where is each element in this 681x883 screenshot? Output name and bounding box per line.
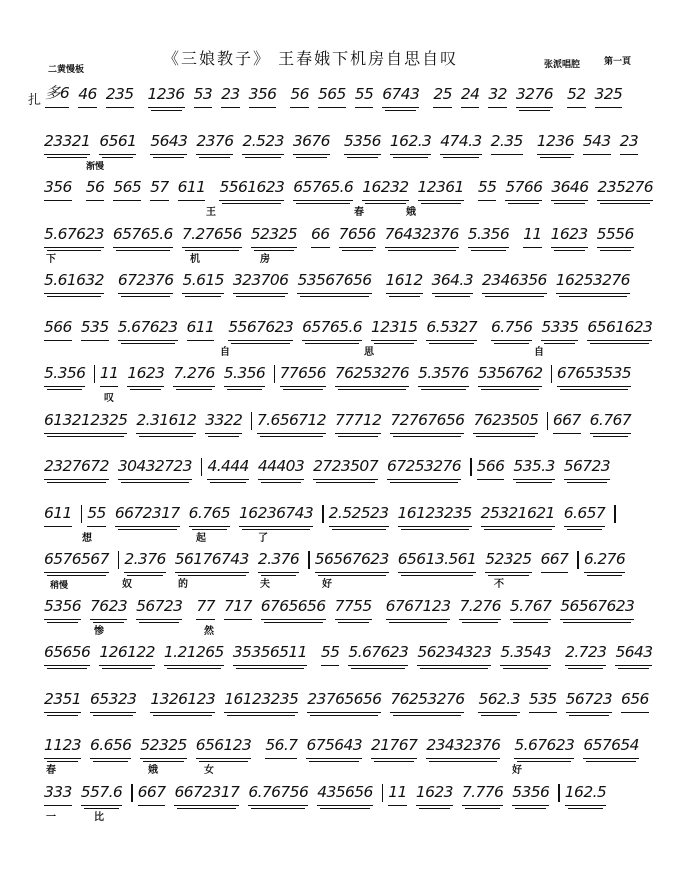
note-group: 5556 (597, 225, 634, 248)
note-group: 2.35 (491, 132, 523, 155)
bar-line (251, 412, 252, 430)
note-group: 2376 (196, 132, 233, 155)
lyrics-line: 叹 (44, 389, 640, 405)
notation-line: 65765672.376561767432.3765656762365613.5… (44, 545, 640, 573)
note-group: 562.3 (478, 690, 519, 713)
note-group: 52 (567, 85, 586, 108)
note-group: 24 (461, 85, 480, 108)
note-group: 6672317 (115, 504, 180, 527)
note-group: 6561 (99, 132, 136, 155)
note-group: 25321621 (481, 504, 555, 527)
note-group: 56723 (564, 457, 610, 480)
note-group: 535 (529, 690, 557, 713)
note-group: 474.3 (440, 132, 481, 155)
lyric-char: 夫 (260, 575, 270, 590)
notation-row: 5.6762365765.67.276565232566765676432376… (44, 220, 640, 266)
note-group: 1326123 (150, 690, 215, 713)
note-group: 6.76756 (248, 783, 308, 806)
bar-line (131, 784, 133, 802)
note-group: 672376 (118, 271, 174, 294)
notation-line: 5.3561116237.2765.35677656762532765.3576… (44, 359, 640, 387)
note-group: 667 (138, 783, 166, 806)
lyric-char: 自 (534, 343, 544, 358)
note-group: 162.3 (390, 132, 431, 155)
note-group: 5.61632 (44, 271, 104, 294)
note-group: 16253276 (556, 271, 630, 294)
notation-line: 2351653231326123161232352376565676253276… (44, 685, 640, 713)
note-group: 21767 (371, 736, 417, 759)
note-group: 5.356 (44, 364, 85, 387)
note-group: 7.276 (459, 597, 500, 620)
notation-row: 扎多64623512365323356565655567432524323276… (44, 80, 640, 126)
note-group: 7.776 (462, 783, 503, 806)
note-group: 56723 (566, 690, 612, 713)
note-group: 55 (478, 178, 497, 201)
bar-line (308, 551, 310, 569)
note-group: 16123235 (224, 690, 298, 713)
lyric-char: 思 (364, 343, 374, 358)
note-group: 7.276 (173, 364, 214, 387)
note-group: 5.67623 (118, 318, 178, 341)
note-group: 656 (621, 690, 649, 713)
note-group: 1623 (551, 225, 588, 248)
note-group: 5356 (344, 132, 381, 155)
note-group: 6.656 (90, 736, 131, 759)
note-group: 57 (150, 178, 169, 201)
notation-row: 333557.666766723176.767564356561116237.7… (44, 778, 640, 824)
note-group: 7755 (335, 597, 372, 620)
note-group: 2351 (44, 690, 81, 713)
note-group: 1623 (416, 783, 453, 806)
lyrics-line: 想起了 (44, 529, 640, 545)
note-group: 5.67623 (348, 643, 408, 666)
note-group: 613212325 (44, 411, 127, 434)
note-group: 5643 (150, 132, 187, 155)
note-group: 657654 (583, 736, 639, 759)
note-group: 67653535 (557, 364, 631, 387)
note-group: 6.657 (564, 504, 605, 527)
note-group: 53 (194, 85, 213, 108)
bar-line (81, 505, 83, 523)
note-group: 65613.561 (398, 550, 476, 573)
note-group: 11 (523, 225, 542, 248)
notation-line: 6115566723176.765162367432.5252316123235… (44, 499, 640, 527)
note-group: 44403 (258, 457, 304, 480)
lyrics-line: 自思自 (44, 343, 640, 359)
bar-line (322, 505, 324, 523)
tempo-annotation: 渐慢 (86, 159, 104, 172)
note-group: 6.5327 (426, 318, 477, 341)
bar-line (547, 412, 548, 430)
note-group: 717 (224, 597, 252, 620)
note-group: 1623 (127, 364, 164, 387)
note-group: 77712 (335, 411, 381, 434)
tempo-annotation: 稍慢 (50, 578, 68, 591)
note-group: 35356511 (233, 643, 307, 666)
notation-line: 5.616326723765.615323706535676561612364.… (44, 266, 640, 294)
note-group: 16232 (362, 178, 408, 201)
note-group: 6561623 (587, 318, 652, 341)
lyric-char: 好 (512, 761, 522, 776)
note-group: 5.3576 (418, 364, 469, 387)
notation-line: 656561261221.2126535356511555.6762356234… (44, 638, 640, 666)
notation-row: 3565656557611556162365765.61623212361555… (44, 173, 640, 219)
note-group: 65765.6 (302, 318, 362, 341)
note-group: 46 (78, 85, 97, 108)
note-group: 76253276 (390, 690, 464, 713)
note-group: 52325 (140, 736, 186, 759)
note-group: 565 (318, 85, 346, 108)
note-group: 566 (477, 457, 505, 480)
notation-row: 2327672304327234.44444403272350767253276… (44, 452, 640, 498)
lyric-char: 了 (258, 529, 268, 544)
note-group: 1123 (44, 736, 81, 759)
notation-line: 11236.6565232565612356.76756432176723432… (44, 731, 640, 759)
note-group: 16123235 (398, 504, 472, 527)
note-group: 56567623 (315, 550, 389, 573)
note-group: 52325 (485, 550, 531, 573)
note-group: 12315 (371, 318, 417, 341)
notation-row: 233216561564323762.52336765356162.3474.3… (44, 127, 640, 173)
note-group: 多6 (45, 81, 69, 108)
note-group: 5356762 (478, 364, 543, 387)
note-group: 5643 (615, 643, 652, 666)
note-group: 5.615 (182, 271, 223, 294)
note-group: 6.276 (584, 550, 625, 573)
note-group: 16236743 (239, 504, 313, 527)
note-group: 6672317 (174, 783, 239, 806)
lyrics-line: 春娥女好 (44, 761, 640, 777)
note-group: 1236 (537, 132, 574, 155)
lyric-char: 机 (190, 250, 200, 265)
lyric-char: 下 (46, 250, 56, 265)
note-group: 1236 (148, 85, 185, 108)
note-group: 55 (355, 85, 374, 108)
lyric-char: 想 (82, 529, 92, 544)
note-group: 6.767 (590, 411, 631, 434)
lyrics-line (44, 157, 640, 173)
note-group: 323706 (233, 271, 289, 294)
note-group: 5.356 (468, 225, 509, 248)
notation-line: 233216561564323762.52336765356162.3474.3… (44, 127, 640, 155)
note-group: 32 (488, 85, 507, 108)
lyric-char: 娥 (406, 203, 416, 218)
note-group: 23765656 (307, 690, 381, 713)
note-group: 72767656 (390, 411, 464, 434)
note-group: 5.3543 (500, 643, 551, 666)
note-group: 535.3 (513, 457, 554, 480)
score-title: 《三娘教子》 王春娥下机房自思自叹 (163, 46, 458, 69)
notation-row: 5356762356723777176765656775567671237.27… (44, 592, 640, 638)
notation-line: 333557.666766723176.767564356561116237.7… (44, 778, 640, 806)
notation-line: 6132123252.3161233227.656712777127276765… (44, 406, 640, 434)
note-group: 5766 (505, 178, 542, 201)
note-group: 56176743 (175, 550, 249, 573)
note-group: 56 (86, 178, 105, 201)
singer-credit: 张派唱腔 (544, 57, 580, 70)
note-group: 5356 (512, 783, 549, 806)
note-group: 25 (433, 85, 452, 108)
notation-line: 5665355.67623611556762365765.6123156.532… (44, 313, 640, 341)
lyric-char: 不 (494, 575, 504, 590)
notation-row: 656561261221.2126535356511555.6762356234… (44, 638, 640, 684)
note-group: 435656 (317, 783, 373, 806)
notation-row: 6115566723176.765162367432.5252316123235… (44, 499, 640, 545)
lyric-char: 好 (322, 575, 332, 590)
note-group: 30432723 (118, 457, 192, 480)
note-group: 5335 (541, 318, 578, 341)
bar-line (201, 458, 203, 476)
notation-line: 5.6762365765.67.276565232566765676432376… (44, 220, 640, 248)
lyric-char: 春 (354, 203, 364, 218)
note-group: 5.67623 (44, 225, 104, 248)
note-group: 65765.6 (113, 225, 173, 248)
note-group: 5561623 (219, 178, 284, 201)
notation-row: 5.616326723765.615323706535676561612364.… (44, 266, 640, 312)
lyric-char: 起 (196, 529, 206, 544)
note-group: 557.6 (81, 783, 122, 806)
note-group: 56567623 (560, 597, 634, 620)
lyrics-line (44, 482, 640, 498)
lyrics-line (44, 296, 640, 312)
lyric-char: 自 (220, 343, 230, 358)
note-group: 65656 (44, 643, 90, 666)
note-group: 667 (541, 550, 569, 573)
notation-row: 5.3561116237.2765.35677656762532765.3576… (44, 359, 640, 405)
note-group: 56.7 (265, 736, 297, 759)
note-group: 2.723 (565, 643, 606, 666)
note-group: 1612 (386, 271, 423, 294)
note-group: 235 (106, 85, 134, 108)
tempo-marking: 二黄慢板 (48, 62, 84, 75)
note-group: 4.444 (207, 457, 248, 480)
lyrics-line (44, 110, 640, 126)
bar-line (558, 784, 560, 802)
note-group: 5356 (44, 597, 81, 620)
note-group: 5.767 (510, 597, 551, 620)
note-group: 65323 (90, 690, 136, 713)
lyrics-line (44, 715, 640, 731)
lyric-char: 女 (204, 761, 214, 776)
lyric-char: 叹 (104, 389, 114, 404)
note-group: 52325 (251, 225, 297, 248)
note-group: 611 (187, 318, 215, 341)
note-group: 356 (249, 85, 277, 108)
score-header: 二黄慢板 《三娘教子》 王春娥下机房自思自叹 张派唱腔 第一頁 (0, 40, 681, 80)
note-group: 77 (196, 597, 215, 620)
notation-row: 65765672.376561767432.3765656762365613.5… (44, 545, 640, 591)
note-group: 364.3 (432, 271, 473, 294)
note-group: 76432376 (385, 225, 459, 248)
note-group: 7623 (90, 597, 127, 620)
note-group: 5.67623 (514, 736, 574, 759)
note-group: 23321 (44, 132, 90, 155)
note-group: 6576567 (44, 550, 109, 573)
note-group: 65765.6 (293, 178, 353, 201)
note-group: 162.5 (565, 783, 606, 806)
lyrics-line: 王春娥 (44, 203, 640, 219)
lyrics-line: 奴的夫好不 (44, 575, 640, 591)
bar-line (614, 505, 616, 523)
lyric-char: 然 (204, 622, 214, 637)
note-group: 2.376 (124, 550, 165, 573)
note-group: 6767123 (386, 597, 451, 620)
note-group: 2.376 (258, 550, 299, 573)
lyrics-line (44, 668, 640, 684)
note-group: 5567623 (228, 318, 293, 341)
note-group: 6743 (382, 85, 419, 108)
note-group: 667 (553, 411, 581, 434)
note-group: 126122 (99, 643, 155, 666)
notation-line: 扎多64623512365323356565655567432524323276… (28, 80, 624, 108)
note-group: 11 (100, 364, 119, 387)
note-group: 7.656712 (257, 411, 326, 434)
note-group: 56723 (136, 597, 182, 620)
note-group: 6.756 (491, 318, 532, 341)
note-group: 3676 (293, 132, 330, 155)
note-group: 2327672 (44, 457, 109, 480)
note-group: 611 (178, 178, 206, 201)
note-group: 6.765 (189, 504, 230, 527)
lyrics-line: 一比 (44, 808, 640, 824)
note-group: 56234323 (417, 643, 491, 666)
note-group: 1.21265 (164, 643, 224, 666)
note-group: 77656 (280, 364, 326, 387)
notation-prefix: 扎 (28, 89, 41, 108)
lyric-char: 一 (46, 808, 56, 823)
note-group: 543 (583, 132, 611, 155)
notation-row: 5665355.67623611556762365765.6123156.532… (44, 313, 640, 359)
note-group: 566 (44, 318, 72, 341)
bar-line (118, 551, 120, 569)
notation-line: 3565656557611556162365765.61623212361555… (44, 173, 640, 201)
note-group: 3276 (516, 85, 553, 108)
bar-line (577, 551, 579, 569)
note-group: 675643 (306, 736, 362, 759)
note-group: 55 (87, 504, 106, 527)
note-group: 76253276 (335, 364, 409, 387)
note-group: 565 (113, 178, 141, 201)
note-group: 333 (44, 783, 72, 806)
notation-line: 2327672304327234.44444403272350767253276… (44, 452, 640, 480)
note-group: 2723507 (313, 457, 378, 480)
note-group: 11 (388, 783, 407, 806)
note-group: 611 (44, 504, 72, 527)
note-group: 235276 (597, 178, 653, 201)
lyrics-line: 惨然 (44, 622, 640, 638)
lyric-char: 春 (46, 761, 56, 776)
note-group: 23 (221, 85, 240, 108)
note-group: 7656 (339, 225, 376, 248)
bar-line (382, 784, 384, 802)
lyric-char: 的 (178, 575, 188, 590)
lyrics-line (44, 436, 640, 452)
note-group: 5.356 (224, 364, 265, 387)
note-group: 3646 (551, 178, 588, 201)
lyric-char: 王 (206, 203, 216, 218)
note-group: 23 (620, 132, 639, 155)
notation-row: 2351653231326123161232352376565676253276… (44, 685, 640, 731)
page-number: 第一頁 (604, 54, 631, 67)
lyric-char: 比 (94, 808, 104, 823)
notation-row: 11236.6565232565612356.76756432176723432… (44, 731, 640, 777)
note-group: 2.31612 (136, 411, 196, 434)
note-group: 7.27656 (182, 225, 242, 248)
lyrics-line: 下机房 (44, 250, 640, 266)
note-group: 2.52523 (329, 504, 389, 527)
note-group: 3322 (205, 411, 242, 434)
note-group: 535 (81, 318, 109, 341)
note-group: 55 (321, 643, 340, 666)
notation-line: 5356762356723777176765656775567671237.27… (44, 592, 640, 620)
note-group: 53567656 (297, 271, 371, 294)
note-group: 2.523 (242, 132, 283, 155)
notation-row: 6132123252.3161233227.656712777127276765… (44, 406, 640, 452)
note-group: 56 (290, 85, 309, 108)
note-group: 356 (44, 178, 72, 201)
bar-line (470, 458, 472, 476)
note-group: 2346356 (482, 271, 547, 294)
note-group: 67253276 (387, 457, 461, 480)
note-group: 7623505 (473, 411, 538, 434)
note-group: 12361 (418, 178, 464, 201)
note-group: 23432376 (426, 736, 500, 759)
lyric-char: 娥 (148, 761, 158, 776)
lyric-char: 房 (260, 250, 270, 265)
note-group: 6765656 (261, 597, 326, 620)
lyric-char: 奴 (122, 575, 132, 590)
note-group: 325 (595, 85, 623, 108)
lyric-char: 惨 (94, 622, 104, 637)
note-group: 66 (311, 225, 330, 248)
note-group: 656123 (196, 736, 252, 759)
